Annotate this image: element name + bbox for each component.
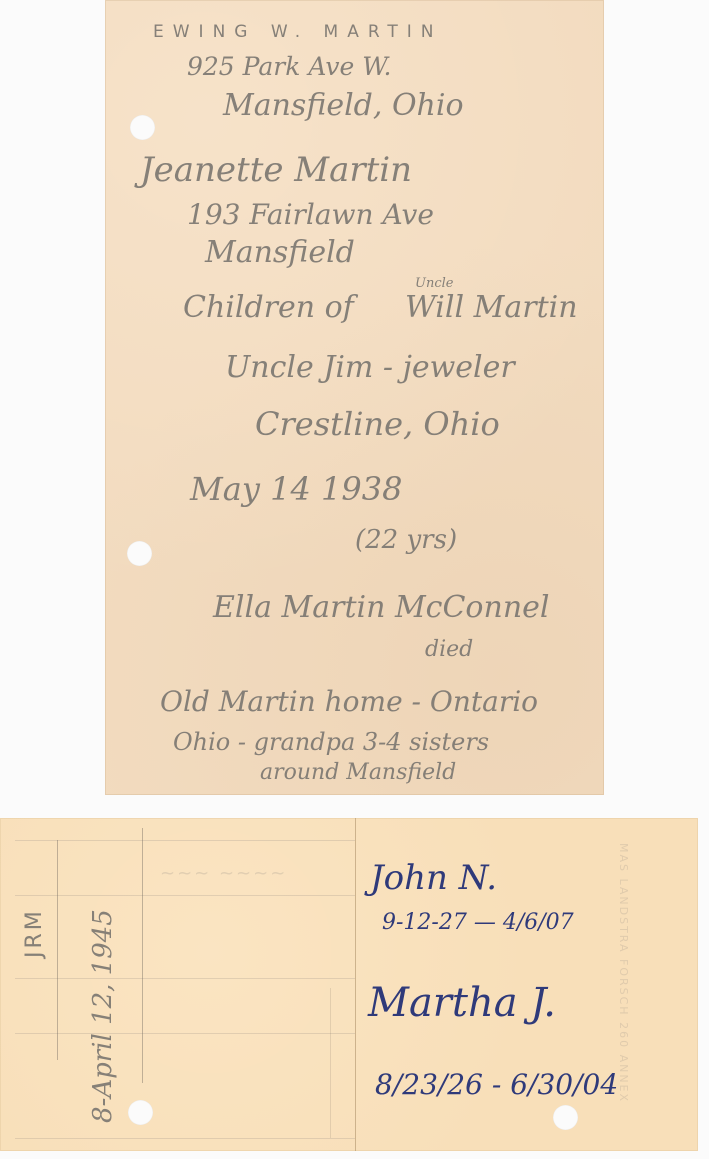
- ruled-line: [15, 1138, 355, 1139]
- note-line-city-1: Mansfield, Ohio: [223, 88, 464, 123]
- punch-hole: [553, 1105, 578, 1130]
- ruled-line: [15, 840, 355, 841]
- show-through-text: ~~~ ~~~~: [160, 863, 287, 884]
- note-line-address-2: 193 Fairlawn Ave: [187, 198, 434, 231]
- punch-hole: [128, 1100, 153, 1125]
- fold-crease: [355, 818, 356, 1151]
- note-line-will-martin: Will Martin: [405, 290, 578, 325]
- note-line-name-print: EWING W. MARTIN: [153, 22, 443, 42]
- ink-name-1: John N.: [370, 858, 497, 898]
- pencil-margin-line: [142, 828, 143, 1083]
- note-line-city-2: Mansfield: [205, 235, 355, 270]
- note-insert-uncle: Uncle: [415, 276, 453, 291]
- note-line-old-home: Old Martin home - Ontario: [160, 685, 538, 718]
- ruled-line: [15, 1033, 355, 1034]
- pencil-initials: JRM: [22, 908, 47, 958]
- ink-name-2: Martha J.: [368, 980, 556, 1026]
- note-line-date: May 14 1938: [190, 470, 402, 508]
- lower-note-slip: ~~~ ~~~~ MAS LANDSTRA FORSCH 260 ANNEX J…: [0, 818, 698, 1151]
- faded-print-text: MAS LANDSTRA FORSCH 260 ANNEX: [617, 843, 630, 1103]
- ink-dates-1: 9-12-27 — 4/6/07: [382, 910, 574, 935]
- ink-dates-2: 8/23/26 - 6/30/04: [375, 1068, 618, 1101]
- note-line-age: (22 yrs): [355, 525, 457, 555]
- ruled-line: [15, 978, 355, 979]
- note-line-ohio-grandpa: Ohio - grandpa 3-4 sisters: [173, 728, 489, 756]
- note-line-died: died: [425, 637, 473, 662]
- note-line-ella: Ella Martin McConnel: [213, 590, 550, 625]
- upper-note-sheet: EWING W. MARTIN 925 Park Ave W. Mansfiel…: [105, 0, 604, 795]
- punch-hole: [127, 541, 152, 566]
- note-line-children-of: Children of: [183, 290, 354, 325]
- punch-hole: [130, 115, 155, 140]
- note-line-uncle-jim: Uncle Jim - jeweler: [225, 350, 515, 385]
- note-line-crestline: Crestline, Ohio: [255, 405, 500, 443]
- note-line-around: around Mansfield: [260, 760, 456, 785]
- pencil-margin-line: [57, 840, 58, 1060]
- note-line-address-1: 925 Park Ave W.: [187, 52, 392, 81]
- note-line-name-2: Jeanette Martin: [140, 150, 412, 190]
- ruled-line: [15, 895, 355, 896]
- ruled-line: [330, 988, 331, 1138]
- pencil-date: 8-April 12, 1945: [88, 909, 118, 1123]
